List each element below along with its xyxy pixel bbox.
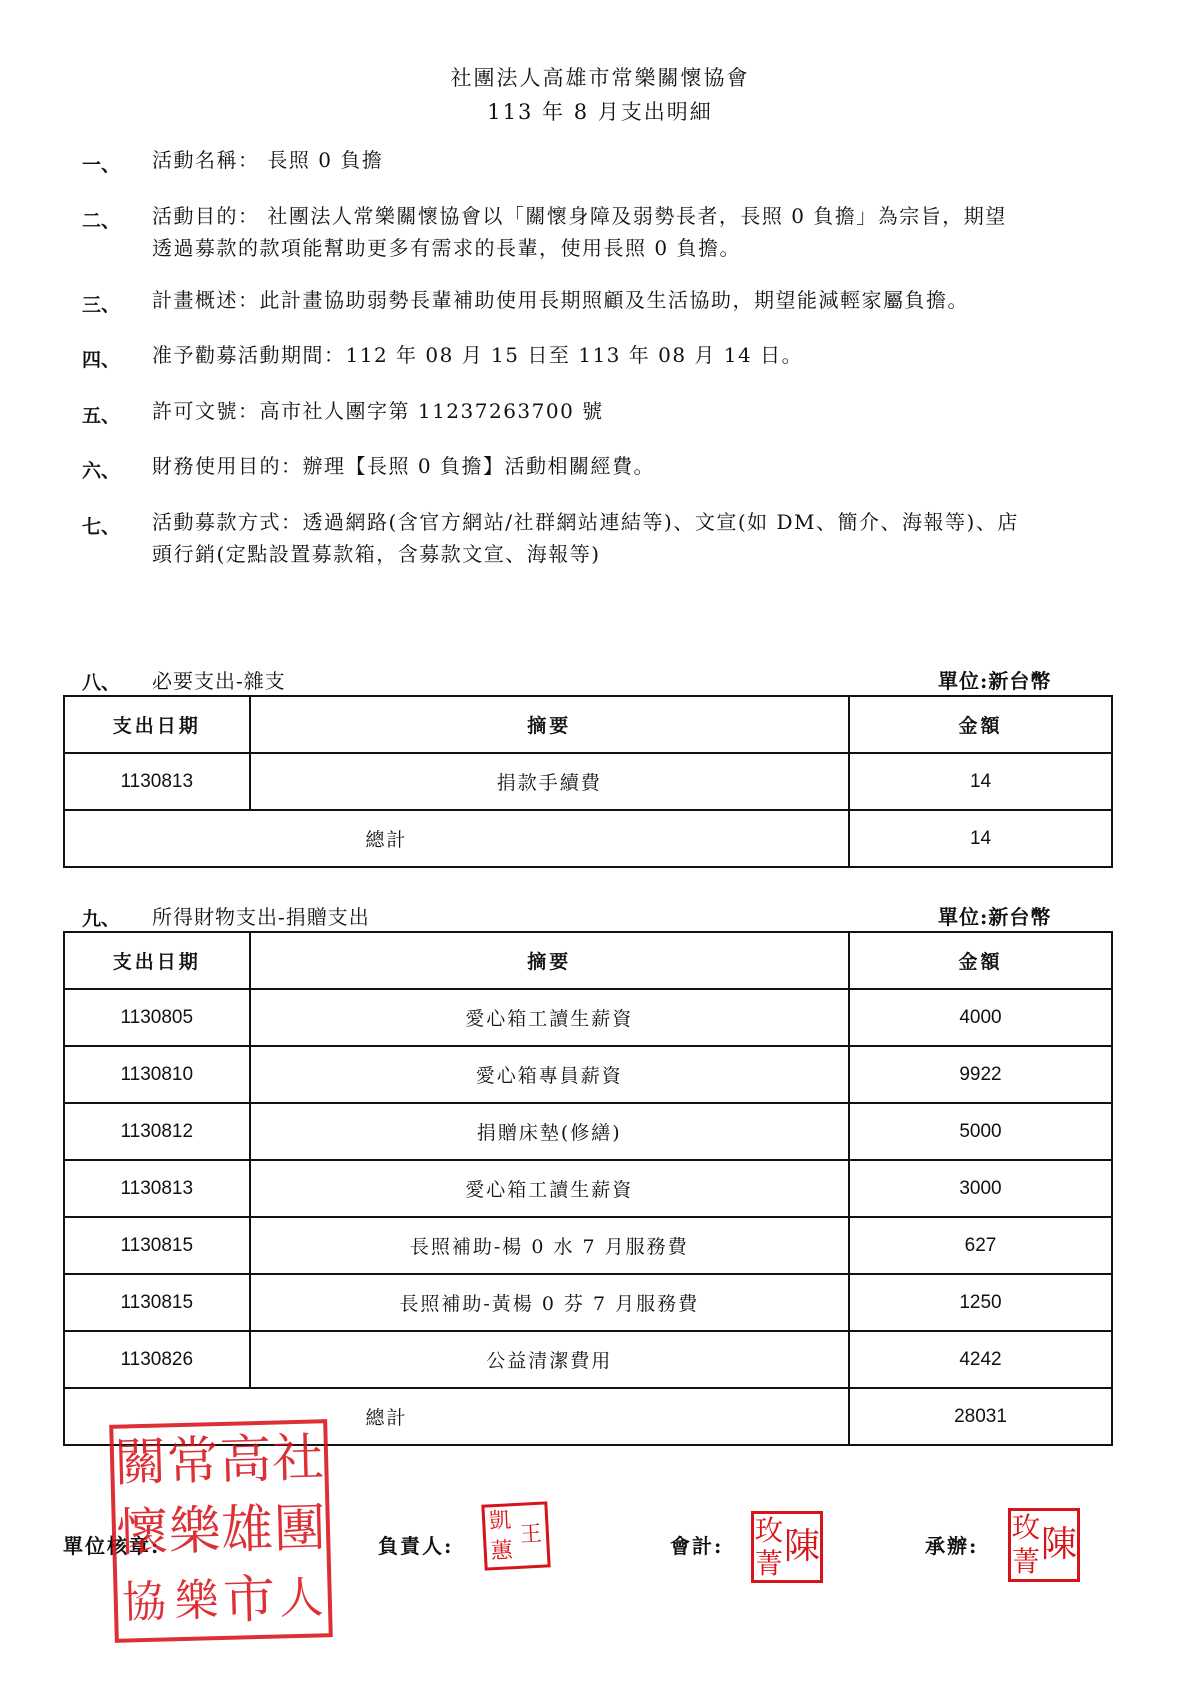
row-amount: 4000 — [849, 989, 1112, 1046]
seal-char: 凱 — [484, 1506, 516, 1538]
row-amount: 5000 — [849, 1103, 1112, 1160]
col-date-header: 支出日期 — [64, 696, 250, 753]
seal-char: 菁 — [1011, 1545, 1041, 1579]
table-total-row: 總計 14 — [64, 810, 1112, 867]
seal-char: 市 — [222, 1565, 276, 1636]
table-row: 1130826 公益清潔費用 4242 — [64, 1331, 1112, 1388]
total-label: 總計 — [64, 810, 849, 867]
row-desc: 長照補助-楊 0 水 7 月服務費 — [250, 1217, 849, 1274]
fundraising-period: 准予勸募活動期間：112 年 08 月 15 日至 113 年 08 月 14 … — [152, 339, 803, 371]
seal-char: 陳 — [784, 1514, 820, 1580]
handler-label: 承辦: — [925, 1530, 978, 1559]
seal-char: 高 — [218, 1425, 272, 1496]
col-date-header: 支出日期 — [64, 932, 250, 989]
seal-char: 雄 — [220, 1495, 274, 1566]
table-row: 1130813 捐款手續費 14 — [64, 753, 1112, 810]
activity-purpose-line-2: 透過募款的款項能幫助更多有需求的長輩，使用長照 0 負擔。 — [152, 232, 741, 264]
row-amount: 3000 — [849, 1160, 1112, 1217]
row-desc: 捐款手續費 — [250, 753, 850, 810]
seal-char: 協 — [117, 1567, 171, 1638]
section-number: 三、 — [82, 290, 120, 317]
row-desc: 捐贈床墊(修繕) — [250, 1103, 849, 1160]
table2-title: 所得財物支出-捐贈支出 — [152, 901, 370, 930]
seal-char: 關 — [113, 1427, 167, 1498]
row-date: 1130815 — [64, 1274, 250, 1331]
seal-char: 社 — [271, 1423, 325, 1494]
fundraising-method-line-1: 活動募款方式：透過網路(含官方網站/社群網站連結等)、文宣(如 DM、簡介、海報… — [152, 506, 1019, 538]
table-header-row: 支出日期 摘要 金額 — [64, 696, 1112, 753]
col-amount-header: 金額 — [849, 932, 1112, 989]
row-desc: 長照補助-黃楊 0 芬 7 月服務費 — [250, 1274, 849, 1331]
table-row: 1130815 長照補助-黃楊 0 芬 7 月服務費 1250 — [64, 1274, 1112, 1331]
accountant-label: 會計: — [670, 1530, 723, 1559]
table1-unit: 單位:新台幣 — [938, 665, 1051, 694]
seal-char: 懷 — [115, 1497, 169, 1568]
row-date: 1130826 — [64, 1331, 250, 1388]
total-amount: 28031 — [849, 1388, 1112, 1445]
seal-char: 玫 — [754, 1514, 784, 1547]
permit-number: 許可文號：高市社人團字第 11237263700 號 — [152, 395, 604, 427]
donation-expense-table: 支出日期 摘要 金額 1130805 愛心箱工讀生薪資 4000 1130810… — [63, 931, 1113, 1446]
table-row: 1130815 長照補助-楊 0 水 7 月服務費 627 — [64, 1217, 1112, 1274]
handler-seal-icon: 玫 陳 菁 — [1008, 1508, 1080, 1582]
misc-expense-table: 支出日期 摘要 金額 1130813 捐款手續費 14 總計 14 — [63, 695, 1113, 868]
accountant-seal-icon: 玫 陳 菁 — [751, 1511, 823, 1583]
row-amount: 1250 — [849, 1274, 1112, 1331]
seal-char: 團 — [273, 1493, 327, 1564]
org-title: 社團法人高雄市常樂關懷協會 — [0, 62, 1200, 92]
fundraising-method-line-2: 頭行銷(定點設置募款箱，含募款文宣、海報等) — [152, 538, 601, 570]
row-amount: 9922 — [849, 1046, 1112, 1103]
row-date: 1130805 — [64, 989, 250, 1046]
seal-char: 蕙 — [486, 1536, 518, 1568]
seal-char: 樂 — [168, 1496, 222, 1567]
section-number: 一、 — [82, 150, 120, 177]
activity-purpose-line-1: 活動目的： 社團法人常樂關懷協會以「關懷身障及弱勢長者，長照 0 負擔」為宗旨，… — [152, 200, 1007, 232]
row-amount: 627 — [849, 1217, 1112, 1274]
section-number: 二、 — [82, 206, 120, 233]
row-desc: 愛心箱工讀生薪資 — [250, 989, 849, 1046]
section-number: 五、 — [82, 401, 120, 428]
table-row: 1130810 愛心箱專員薪資 9922 — [64, 1046, 1112, 1103]
table-header-row: 支出日期 摘要 金額 — [64, 932, 1112, 989]
table-row: 1130812 捐贈床墊(修繕) 5000 — [64, 1103, 1112, 1160]
row-date: 1130813 — [64, 753, 250, 810]
section-number: 九、 — [82, 904, 120, 931]
organization-seal-icon: 關 常 高 社 懷 樂 雄 團 協 樂 市 人 — [109, 1419, 333, 1643]
table-row: 1130813 愛心箱工讀生薪資 3000 — [64, 1160, 1112, 1217]
col-desc-header: 摘要 — [250, 932, 849, 989]
row-desc: 愛心箱工讀生薪資 — [250, 1160, 849, 1217]
seal-char: 玫 — [1011, 1511, 1041, 1545]
table2-unit: 單位:新台幣 — [938, 901, 1051, 930]
row-desc: 愛心箱專員薪資 — [250, 1046, 849, 1103]
row-amount: 14 — [849, 753, 1112, 810]
section-number: 四、 — [82, 345, 120, 372]
row-date: 1130812 — [64, 1103, 250, 1160]
total-amount: 14 — [849, 810, 1112, 867]
row-date: 1130813 — [64, 1160, 250, 1217]
row-amount: 4242 — [849, 1331, 1112, 1388]
col-desc-header: 摘要 — [250, 696, 850, 753]
row-date: 1130815 — [64, 1217, 250, 1274]
plan-overview: 計畫概述：此計畫協助弱勢長輩補助使用長期照顧及生活協助，期望能減輕家屬負擔。 — [152, 284, 969, 316]
table-row: 1130805 愛心箱工讀生薪資 4000 — [64, 989, 1112, 1046]
seal-char: 常 — [166, 1426, 220, 1497]
seal-char: 陳 — [1041, 1511, 1077, 1579]
doc-subtitle: 113 年 8 月支出明細 — [0, 96, 1200, 126]
table1-title: 必要支出-雜支 — [152, 665, 286, 694]
row-desc: 公益清潔費用 — [250, 1331, 849, 1388]
director-seal-icon: 凱 王 蕙 — [481, 1501, 550, 1570]
activity-name: 活動名稱： 長照 0 負擔 — [152, 144, 383, 176]
section-number: 六、 — [82, 456, 120, 483]
director-label: 負責人: — [378, 1530, 453, 1559]
fund-usage-purpose: 財務使用目的：辦理【長照 0 負擔】活動相關經費。 — [152, 450, 655, 482]
col-amount-header: 金額 — [849, 696, 1112, 753]
section-number: 八、 — [82, 668, 120, 695]
seal-char: 王 — [514, 1504, 547, 1565]
seal-char: 樂 — [169, 1566, 223, 1637]
seal-char: 菁 — [754, 1547, 784, 1580]
section-number: 七、 — [82, 512, 120, 539]
row-date: 1130810 — [64, 1046, 250, 1103]
seal-char: 人 — [274, 1563, 328, 1634]
